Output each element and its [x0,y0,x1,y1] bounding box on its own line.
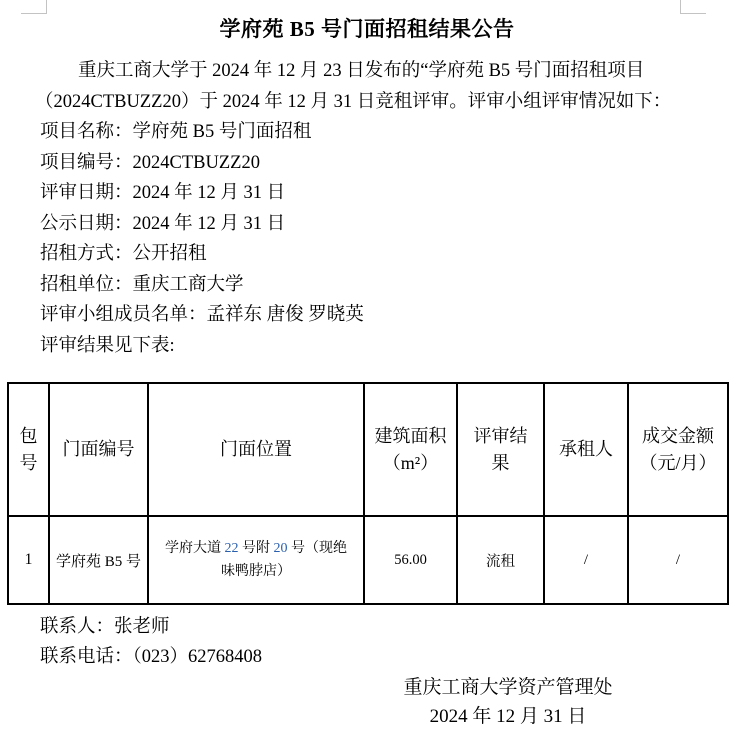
document-page: 学府苑 B5 号门面招租结果公告 重庆工商大学于 2024 年 12 月 23 … [0,0,734,736]
signature-block: 重庆工商大学资产管理处 2024 年 12 月 31 日 [358,673,658,731]
cell-amount: / [628,516,728,604]
header-cell-package-no: 包 号 [8,383,49,516]
info-line-review-date: 评审日期：2024 年 12 月 31 日 [40,178,718,209]
info-list: 项目名称：学府苑 B5 号门面招租 项目编号：2024CTBUZZ20 评审日期… [40,117,718,361]
intro-line: 重庆工商大学于 2024 年 12 月 23 日发布的“学府苑 B5 号门面招租… [40,56,718,87]
header-cell-area: 建筑面积 （m²） [364,383,457,516]
header-cell-result: 评审结 果 [457,383,544,516]
header-cell-lessee: 承租人 [544,383,628,516]
crop-mark-top-left [21,0,47,14]
cell-lessee: / [544,516,628,604]
header-cell-location: 门面位置 [148,383,364,516]
info-line-project-number: 项目编号：2024CTBUZZ20 [40,148,718,179]
page-title: 学府苑 B5 号门面招租结果公告 [0,0,734,44]
contact-phone-line: 联系电话：（023）62768408 [40,642,718,672]
info-line-rental-unit: 招租单位：重庆工商大学 [40,270,718,301]
cell-result: 流租 [457,516,544,604]
info-line-publicity-date: 公示日期：2024 年 12 月 31 日 [40,209,718,240]
signature-date: 2024 年 12 月 31 日 [358,702,658,731]
crop-mark-top-right [680,0,706,14]
address-number: 20 [274,541,288,556]
table-row: 1 学府苑 B5 号 学府大道 22 号附 20 号（现绝味鸭脖店） 56.00… [8,516,728,604]
address-number: 22 [225,541,239,556]
cell-area: 56.00 [364,516,457,604]
info-line-project-name: 项目名称：学府苑 B5 号门面招租 [40,117,718,148]
info-line-rental-method: 招租方式：公开招租 [40,239,718,270]
intro-line: （2024CTBUZZ20）于 2024 年 12 月 31 日竞租评审。评审小… [35,87,718,118]
contact-block: 联系人：张老师 联系电话：（023）62768408 [40,612,718,672]
intro-paragraph: 重庆工商大学于 2024 年 12 月 23 日发布的“学府苑 B5 号门面招租… [40,56,718,117]
table-header-row: 包 号 门面编号 门面位置 建筑面积 （m²） 评审结 果 [8,383,728,516]
signature-org: 重庆工商大学资产管理处 [358,673,658,702]
cell-location: 学府大道 22 号附 20 号（现绝味鸭脖店） [148,516,364,604]
header-cell-amount: 成交金额 （元/月） [628,383,728,516]
info-line-panel-members: 评审小组成员名单：孟祥东 唐俊 罗晓英 [40,300,718,331]
cell-shop-no: 学府苑 B5 号 [49,516,148,604]
results-table: 包 号 门面编号 门面位置 建筑面积 （m²） 评审结 果 [7,382,729,605]
header-cell-shop-no: 门面编号 [49,383,148,516]
info-line-see-table: 评审结果见下表: [40,331,718,362]
contact-person-line: 联系人：张老师 [40,612,718,642]
cell-package-no: 1 [8,516,49,604]
